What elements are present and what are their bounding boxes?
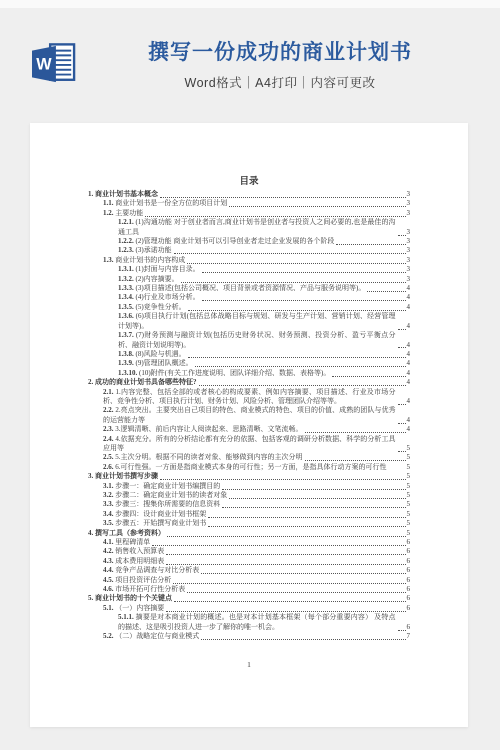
toc-entry-page: 6	[407, 538, 411, 547]
toc-leader-dots	[195, 366, 406, 367]
toc-entry-number: 1.3.9.	[118, 359, 136, 367]
toc-leader-dots	[160, 479, 406, 480]
toc-leader-dots	[367, 291, 405, 292]
toc-entry-number: 1.2.3.	[118, 246, 136, 254]
toc-entry: 1.3.10. (10)附件(有关工作进度说明、团队详细介绍、数据、表格等)。 …	[88, 369, 410, 378]
toc-entry-number: 2.3.	[103, 425, 115, 433]
toc-entry: 1.3.1. (1)封面与内容目录。 3	[88, 265, 410, 274]
toc-entry-number: 1.2.1.	[118, 218, 136, 226]
toc-entry-number: 2.5.	[103, 453, 115, 461]
toc-entry-text: 1.3.4. (4)行业及市场分析。	[118, 293, 200, 302]
toc-entry-number: 2.6.	[103, 463, 115, 471]
word-icon-letter: W	[36, 56, 52, 74]
toc-entry-number: 1.3.10.	[118, 369, 139, 377]
toc-entry-text: 2.4. 4.依据充分。所有的分析结论都有充分的依据、包括客观的调研分析数据、科…	[103, 435, 396, 454]
toc-entry-text: 5.1.1. 摘要是对本商业计划的概述。也是对本计划基本框架（每个部分重要内容）…	[118, 613, 396, 632]
toc-entry-page: 6	[407, 585, 411, 594]
toc-entry-page: 4	[407, 322, 411, 331]
toc-entry: 1.3.7. (7)财务预测与融资计划(包括历史财务状况、财务预测、投资分析、盈…	[88, 331, 410, 350]
toc-entry-page: 4	[407, 303, 411, 312]
toc-entry-number: 4.3.	[103, 557, 115, 565]
toc-entry-page: 6	[407, 557, 411, 566]
toc-entry-text: 2. 成功的商业计划书具备哪些特征?	[88, 378, 197, 387]
toc-entry-text: 5.2. （二）战略定位与商业模式	[103, 632, 199, 641]
toc-leader-dots	[398, 347, 406, 348]
toc-entry-page: 4	[407, 284, 411, 293]
toc-entry-number: 2.2.	[103, 406, 115, 414]
toc-entry-number: 3.1.	[103, 482, 115, 490]
toc-leader-dots	[174, 601, 406, 602]
toc-entry-text: 2.6. 6.可行性强。一方面是指商业模式本身的可行性；另一方面，是指具体行动方…	[103, 463, 387, 472]
toc-entry-number: 2.4.	[103, 435, 115, 443]
toc-leader-dots	[187, 263, 405, 264]
toc-entry: 2.6. 6.可行性强。一方面是指商业模式本身的可行性；另一方面，是指具体行动方…	[88, 463, 410, 472]
toc-entry-text: 1.1. 商业计划书是一份全方位的项目计划	[103, 199, 227, 208]
toc-leader-dots	[181, 282, 406, 283]
toc-leader-dots	[187, 592, 405, 593]
toc-leader-dots	[166, 611, 405, 612]
header: W 撰写一份成功的商业计划书 Word格式｜A4打印｜内容可更改	[0, 0, 500, 110]
toc-leader-dots	[167, 536, 406, 537]
toc-leader-dots	[174, 253, 406, 254]
toc-entry-text: 1.3.9. (9)管理团队概述。	[118, 359, 193, 368]
toc-entry-page: 5	[407, 444, 411, 453]
toc-entry-page: 5	[407, 500, 411, 509]
toc-entry-page: 4	[407, 397, 411, 406]
toc-entry: 2.1. 1.内容完整、包括全部的或者核心的构成要素、例如内容摘要、项目描述、行…	[88, 388, 410, 407]
toc-entry-text: 3.3. 步骤三：搜集你所需要的信息资料	[103, 500, 220, 509]
toc-entry-number: 1.2.	[103, 209, 115, 217]
toc-entry: 1.3. 商业计划书的内容构成 3	[88, 256, 410, 265]
toc-leader-dots	[202, 300, 406, 301]
toc-entry-text: 1.2.3. (3)承诺功能	[118, 246, 172, 255]
toc-entry-page: 3	[407, 265, 411, 274]
toc-entry-number: 4.1.	[103, 538, 115, 546]
toc-entry-page: 5	[407, 453, 411, 462]
toc-entry-text: 1.3. 商业计划书的内容构成	[103, 256, 185, 265]
toc-entry-number: 2.	[88, 378, 95, 386]
toc-entry-page: 4	[407, 350, 411, 359]
toc-entry-page: 4	[407, 416, 411, 425]
toc-entry-page: 6	[407, 566, 411, 575]
toc-entry-page: 5	[407, 510, 411, 519]
toc-entry-text: 1. 商业计划书基本概念	[88, 190, 158, 199]
toc-entry: 2.2. 2.亮点突出。主要突出自己项目的特色、商业模式的特色、项目的价值、成熟…	[88, 406, 410, 425]
toc-entry-number: 3.4.	[103, 510, 115, 518]
toc-entry-text: 1.3.1. (1)封面与内容目录。	[118, 265, 200, 274]
toc-entry-text: 1.3.5. (5)竞争性分析。	[118, 303, 186, 312]
toc-leader-dots	[201, 639, 405, 640]
toc-leader-dots	[398, 423, 406, 424]
toc-entry-number: 1.3.2.	[118, 275, 136, 283]
toc-leader-dots	[188, 357, 406, 358]
toc-entry-number: 1.2.2.	[118, 237, 136, 245]
toc-entry-number: 1.3.5.	[118, 303, 136, 311]
toc-entry-number: 1.3.6.	[118, 312, 136, 320]
toc-entry: 4.4. 竞争产品调查与对比分析表 6	[88, 566, 410, 575]
toc-entry: 5.1.1. 摘要是对本商业计划的概述。也是对本计划基本框架（每个部分重要内容）…	[88, 613, 410, 632]
toc-leader-dots	[398, 235, 406, 236]
toc-entry-page: 6	[407, 604, 411, 613]
toc-entry-number: 1.3.3.	[118, 284, 136, 292]
toc-entry-page: 6	[407, 623, 411, 632]
document-page: 目录 1. 商业计划书基本概念 3 1.1. 商业计划书是一份全方位的项目计划 …	[30, 123, 468, 727]
toc-entry-text: 1.3.8. (8)风险与机遇。	[118, 350, 186, 359]
toc-entry-text: 2.3. 3.逻辑清晰、前后内容让人阅读起来、思路清晰、文笔流畅。	[103, 425, 303, 434]
toc-entry-number: 4.6.	[103, 585, 115, 593]
toc-entry-page: 5	[407, 482, 411, 491]
toc-entry-text: 1.3.2. (2)内容摘要。	[118, 275, 179, 284]
toc-entry-text: 2.1. 1.内容完整、包括全部的或者核心的构成要素、例如内容摘要、项目描述、行…	[103, 388, 396, 407]
toc-leader-dots	[229, 206, 405, 207]
toc-entry: 4.5. 项目投资评估分析 6	[88, 576, 410, 585]
toc-entry: 1.3.6. (6)项目执行计划(包括总体战略目标与规划、研发与生产计划、营销计…	[88, 312, 410, 331]
toc-leader-dots	[201, 573, 405, 574]
toc-entry-text: 3.1. 步骤一：确定商业计划书编撰目的	[103, 482, 220, 491]
toc-entry-number: 5.	[88, 594, 95, 602]
toc-entry-text: 1.3.6. (6)项目执行计划(包括总体战略目标与规划、研发与生产计划、营销计…	[118, 312, 396, 331]
toc-entry-text: 2.2. 2.亮点突出。主要突出自己项目的特色、商业模式的特色、项目的价值、成熟…	[103, 406, 396, 425]
toc-entry: 2.3. 3.逻辑清晰、前后内容让人阅读起来、思路清晰、文笔流畅。 4	[88, 425, 410, 434]
toc-entry: 1. 商业计划书基本概念 3	[88, 190, 410, 199]
toc-leader-dots	[208, 526, 405, 527]
toc-leader-dots	[173, 583, 405, 584]
toc-entry-page: 5	[407, 529, 411, 538]
toc-leader-dots	[305, 460, 406, 461]
toc-entry: 2.5. 5.主次分明。根据不同的读者对象、能够做到内容的主次分明 5	[88, 453, 410, 462]
toc-entry: 3.5. 步骤五：开始撰写商业计划书 5	[88, 519, 410, 528]
toc-entry-number: 1.3.7.	[118, 331, 136, 339]
toc-entry-page: 3	[407, 275, 411, 284]
toc-leader-dots	[145, 216, 405, 217]
toc-entry: 5.1. （一）内容摘要 6	[88, 604, 410, 613]
toc-entry-page: 7	[407, 632, 411, 641]
toc-entry-number: 3.5.	[103, 519, 115, 527]
document-page-number: 1	[30, 660, 468, 669]
toc-leader-dots	[152, 545, 405, 546]
toc-entry-text: 3. 商业计划书撰写步骤	[88, 472, 158, 481]
toc-entry: 1.1. 商业计划书是一份全方位的项目计划 3	[88, 199, 410, 208]
toc-leader-dots	[166, 554, 405, 555]
toc-entry-text: 4. 撰写工具（参考资料）	[88, 529, 165, 538]
toc-entry-number: 3.2.	[103, 491, 115, 499]
toc-entry-page: 3	[407, 237, 411, 246]
toc-leader-dots	[222, 507, 405, 508]
toc-entry-page: 3	[407, 228, 411, 237]
header-text: 撰写一份成功的商业计划书 Word格式｜A4打印｜内容可更改	[60, 40, 500, 91]
toc-leader-dots	[166, 564, 405, 565]
toc-entry-text: 4.2. 销售收入预算表	[103, 547, 164, 556]
toc-entry-number: 1.3.8.	[118, 350, 136, 358]
toc-entry-number: 1.	[88, 190, 95, 198]
toc-leader-dots	[305, 432, 406, 433]
toc-entry: 1.2.1. (1)沟通功能 对于创业者而言,商业计划书是创业者与投资人之间必要…	[88, 218, 410, 237]
toc-leader-dots	[398, 630, 406, 631]
toc-entry-number: 4.	[88, 529, 95, 537]
toc-leader-dots	[229, 498, 405, 499]
toc-leader-dots	[202, 272, 406, 273]
page-subtitle: Word格式｜A4打印｜内容可更改	[60, 73, 500, 91]
toc-leader-dots	[222, 489, 405, 490]
toc-entry-page: 4	[407, 293, 411, 302]
toc-entry-text: 4.5. 项目投资评估分析	[103, 576, 171, 585]
toc-leader-dots	[398, 404, 406, 405]
toc-entry-number: 3.3.	[103, 500, 115, 508]
toc-leader-dots	[208, 517, 405, 518]
toc-entry-page: 3	[407, 209, 411, 218]
toc-entry: 5.2. （二）战略定位与商业模式 7	[88, 632, 410, 641]
toc-entry-page: 4	[407, 369, 411, 378]
toc-entry-number: 5.2.	[103, 632, 115, 640]
toc-list: 1. 商业计划书基本概念 3 1.1. 商业计划书是一份全方位的项目计划 3 1…	[88, 190, 410, 642]
toc-entry-text: 1.3.10. (10)附件(有关工作进度说明、团队详细介绍、数据、表格等)。	[118, 369, 330, 378]
toc-entry-text: 3.5. 步骤五：开始撰写商业计划书	[103, 519, 206, 528]
toc-entry-number: 4.4.	[103, 566, 115, 574]
toc-entry-number: 4.2.	[103, 547, 115, 555]
toc-entry-number: 5.1.1.	[118, 613, 136, 621]
toc-entry: 5. 商业计划书的十个关键点 6	[88, 594, 410, 603]
toc-entry-text: 4.3. 成本费用明细表	[103, 557, 164, 566]
toc-entry: 1.3.5. (5)竞争性分析。 4	[88, 303, 410, 312]
toc-entry-text: 1.2. 主要功能	[103, 209, 143, 218]
toc-entry-page: 3	[407, 190, 411, 199]
toc-entry: 4. 撰写工具（参考资料） 5	[88, 529, 410, 538]
toc-entry-number: 3.	[88, 472, 95, 480]
toc-entry: 3.4. 步骤四：设计商业计划书框架 5	[88, 510, 410, 519]
toc-leader-dots	[398, 329, 406, 330]
toc-leader-dots	[199, 385, 406, 386]
toc-entry: 3.2. 步骤二：确定商业计划书的读者对象 5	[88, 491, 410, 500]
toc-entry-page: 3	[407, 256, 411, 265]
toc-entry-number: 4.5.	[103, 576, 115, 584]
toc-entry: 4.3. 成本费用明细表 6	[88, 557, 410, 566]
toc-entry: 1.3.4. (4)行业及市场分析。 4	[88, 293, 410, 302]
toc-entry-page: 5	[407, 463, 411, 472]
toc-entry-page: 5	[407, 519, 411, 528]
toc-entry-text: 5.1. （一）内容摘要	[103, 604, 164, 613]
toc-entry-page: 6	[407, 594, 411, 603]
toc-entry-text: 1.3.7. (7)财务预测与融资计划(包括历史财务状况、财务预测、投资分析、盈…	[118, 331, 396, 350]
toc-entry-page: 4	[407, 359, 411, 368]
toc-entry-number: 2.1.	[103, 388, 115, 396]
toc-leader-dots	[398, 451, 406, 452]
toc-entry: 4.2. 销售收入预算表 6	[88, 547, 410, 556]
toc-entry-page: 3	[407, 199, 411, 208]
toc-entry-page: 4	[407, 378, 411, 387]
toc-entry-number: 1.3.1.	[118, 265, 136, 273]
toc-entry: 2. 成功的商业计划书具备哪些特征? 4	[88, 378, 410, 387]
toc-leader-dots	[336, 244, 405, 245]
toc-entry-number: 1.1.	[103, 199, 115, 207]
toc-entry-page: 5	[407, 491, 411, 500]
toc-entry-text: 3.4. 步骤四：设计商业计划书框架	[103, 510, 206, 519]
toc-entry: 3.3. 步骤三：搜集你所需要的信息资料 5	[88, 500, 410, 509]
toc-entry-page: 3	[407, 246, 411, 255]
toc-entry: 3.1. 步骤一：确定商业计划书编撰目的 5	[88, 482, 410, 491]
toc-entry-page: 5	[407, 472, 411, 481]
toc-entry-page: 4	[407, 341, 411, 350]
toc-entry: 1.2. 主要功能 3	[88, 209, 410, 218]
toc-entry-page: 6	[407, 576, 411, 585]
page-title: 撰写一份成功的商业计划书	[60, 40, 500, 66]
toc-title: 目录	[88, 173, 410, 187]
toc-entry-number: 5.1.	[103, 604, 115, 612]
toc-entry-page: 6	[407, 547, 411, 556]
toc-leader-dots	[332, 376, 405, 377]
toc-entry: 1.3.2. (2)内容摘要。 3	[88, 275, 410, 284]
toc-entry: 1.2.3. (3)承诺功能 3	[88, 246, 410, 255]
toc-entry: 1.3.9. (9)管理团队概述。 4	[88, 359, 410, 368]
toc-entry: 2.4. 4.依据充分。所有的分析结论都有充分的依据、包括客观的调研分析数据、科…	[88, 435, 410, 454]
toc-entry-text: 2.5. 5.主次分明。根据不同的读者对象、能够做到内容的主次分明	[103, 453, 303, 462]
toc-entry: 3. 商业计划书撰写步骤 5	[88, 472, 410, 481]
toc-entry-number: 1.3.4.	[118, 293, 136, 301]
toc-entry-text: 3.2. 步骤二：确定商业计划书的读者对象	[103, 491, 227, 500]
toc-leader-dots	[188, 310, 406, 311]
toc-entry: 1.3.8. (8)风险与机遇。 4	[88, 350, 410, 359]
toc-leader-dots	[160, 197, 406, 198]
toc-leader-dots	[387, 471, 407, 472]
toc-entry-number: 1.3.	[103, 256, 115, 264]
toc-entry-text: 4.4. 竞争产品调查与对比分析表	[103, 566, 199, 575]
toc-entry-text: 5. 商业计划书的十个关键点	[88, 594, 172, 603]
toc-entry-text: 1.2.1. (1)沟通功能 对于创业者而言,商业计划书是创业者与投资人之间必要…	[118, 218, 396, 237]
toc-entry-page: 4	[407, 425, 411, 434]
